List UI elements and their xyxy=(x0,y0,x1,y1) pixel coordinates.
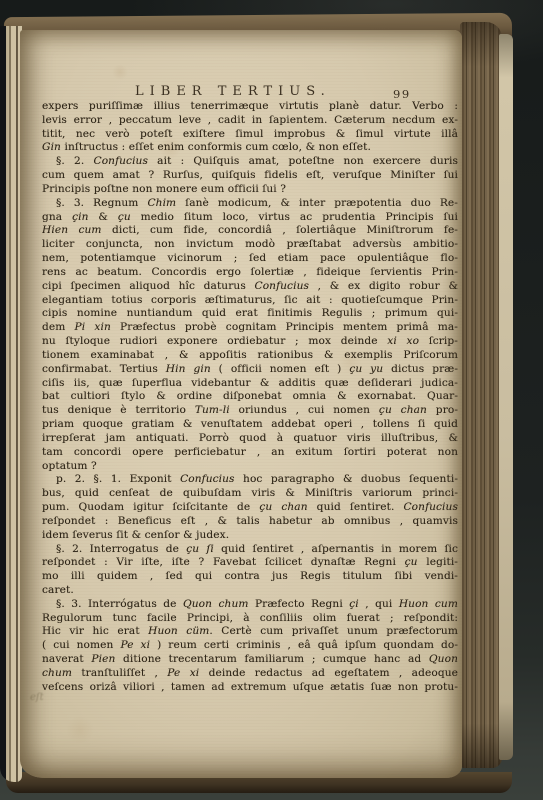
text-line: chum tranſtuliſſet , Pe xi deinde redact… xyxy=(42,667,458,681)
photo-background: LIBER TERTIUS. 99 expers puriſſimæ illiu… xyxy=(0,0,543,800)
text-line: tam concordi opere perficiebatur , an ex… xyxy=(42,446,458,460)
text-line: cum quem amat ? Rurſus, quiſquis fidelis… xyxy=(42,169,458,183)
text-block: expers puriſſimæ illius tenerrimæque vir… xyxy=(42,100,458,695)
text-line: mo illi quidem , ſed qui contra jus Regi… xyxy=(42,570,458,584)
facing-page-edges xyxy=(0,26,22,782)
text-line: idem ſeverus ſit & cenſor & judex. xyxy=(42,529,458,543)
text-line: Regulorum tunc facile Principi, à conſil… xyxy=(42,612,458,626)
text-line: irrepſerat jam antiquati. Porrò quod à q… xyxy=(42,432,458,446)
text-line: confirmabat. Tertius Hin gin ( officii n… xyxy=(42,363,458,377)
book-cover-edge xyxy=(499,34,513,760)
text-line: caret. xyxy=(42,584,458,598)
paragraph: expers puriſſimæ illius tenerrimæque vir… xyxy=(42,100,458,155)
header-title: LIBER TERTIUS. xyxy=(135,84,331,99)
paragraph: §. 3. Interrógatus de Quon chum Præfecto… xyxy=(42,598,458,695)
text-line: nu ſtyloque rudiori exponere ordiebatur … xyxy=(42,335,458,349)
text-line: Hic vir hic erat Huon cüm. Certè cum pri… xyxy=(42,625,458,639)
text-line: §. 2. Interrogatus de çu ſi quid ſentire… xyxy=(42,543,458,557)
text-line: bus, quid cenſeat de quibuſdam viris & M… xyxy=(42,487,458,501)
text-line: tus denique è territorio Tum-li oriundus… xyxy=(42,404,458,418)
text-line: pum. Quodam igitur ſciſcitante de çu cha… xyxy=(42,501,458,515)
text-line: titit, nec verò poteſt exiſtere ſimul im… xyxy=(42,128,458,142)
text-line: reſpondet : Vir iſte, iſte ? Favebat ſci… xyxy=(42,556,458,570)
text-line: Gin inſtructus : eſſet enim conformis cu… xyxy=(42,141,458,155)
paragraph: §. 2. Confucius ait : Quiſquis amat, pot… xyxy=(42,155,458,196)
text-line: tionem examinabat , & appoſitis rationib… xyxy=(42,349,458,363)
text-line: cipi ſpecimen aliquod hîc daturus Confuc… xyxy=(42,280,458,294)
text-line: elegantiam totius corporis æſtimaturus, … xyxy=(42,294,458,308)
text-line: §. 3. Interrógatus de Quon chum Præfecto… xyxy=(42,598,458,612)
text-line: §. 3. Regnum Chim ſanè modicum, & inter … xyxy=(42,197,458,211)
book-fore-edge xyxy=(460,22,502,768)
text-line: naverat Pien ditione trecentarum familia… xyxy=(42,653,458,667)
text-line: priam quoque gratiam & venuſtatem addeba… xyxy=(42,418,458,432)
text-line: levis error , peccatum leve , cadit in ſ… xyxy=(42,114,458,128)
text-line: reſpondet : Beneficus eſt , & talis habe… xyxy=(42,515,458,529)
text-line: gna çin & çu medio ſitum loco, virtus ac… xyxy=(42,211,458,225)
show-through-mark: eſt xyxy=(30,692,44,703)
page-number: 99 xyxy=(393,87,411,101)
text-line: liciter conjuncta, non invictum modò præ… xyxy=(42,238,458,252)
text-line: optatum ? xyxy=(42,460,458,474)
text-line: ( cui nomen Pe xi ) reum certi criminis … xyxy=(42,639,458,653)
text-line: ciſis iis, quæ ſuperflua videbantur & ad… xyxy=(42,377,458,391)
book-page: LIBER TERTIUS. 99 expers puriſſimæ illiu… xyxy=(20,30,462,778)
text-line: Hien cum dicti, cum fide, concordiâ , ſo… xyxy=(42,224,458,238)
text-line: p. 2. §. 1. Exponit Confucius hoc paragr… xyxy=(42,473,458,487)
text-line: rens ac beatum. Concordis ergo ſolertiæ … xyxy=(42,266,458,280)
text-line: dem Pi xin Præfectus probè cognitam Prin… xyxy=(42,321,458,335)
text-line: veſcens orizâ viliori , tamen ad extremu… xyxy=(42,681,458,695)
paragraph: p. 2. §. 1. Exponit Confucius hoc paragr… xyxy=(42,473,458,542)
text-line: Principis poſtne non monere eum officii … xyxy=(42,183,458,197)
paragraph: §. 2. Interrogatus de çu ſi quid ſentire… xyxy=(42,543,458,598)
text-line: §. 2. Confucius ait : Quiſquis amat, pot… xyxy=(42,155,458,169)
text-line: expers puriſſimæ illius tenerrimæque vir… xyxy=(42,100,458,114)
text-line: bat cultiori ſtylo & ordine diſponebat o… xyxy=(42,390,458,404)
text-line: nem, potentiamque vicinorum ; ſed etiam … xyxy=(42,252,458,266)
paragraph: §. 3. Regnum Chim ſanè modicum, & inter … xyxy=(42,197,458,474)
text-line: cipis nomine nuntiandum quid erat finiti… xyxy=(42,307,458,321)
